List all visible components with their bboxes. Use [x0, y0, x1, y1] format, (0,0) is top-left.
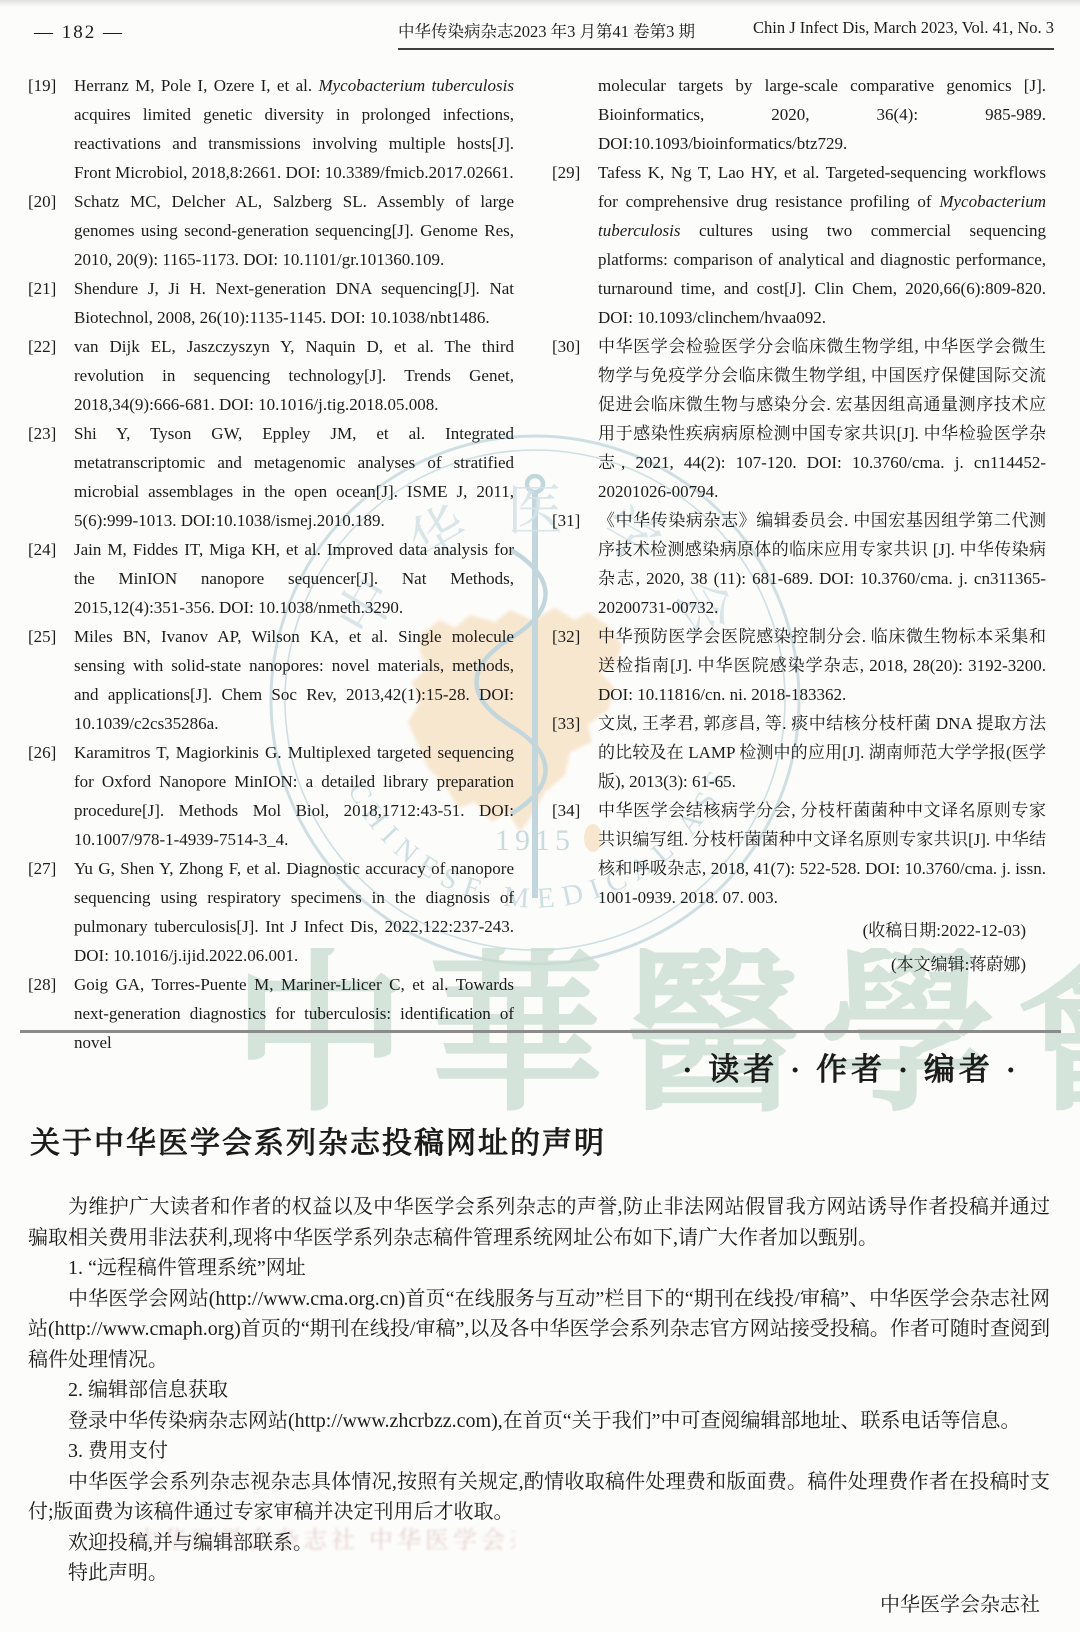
- reference-item: [26]Karamitros T, Magiorkinis G. Multipl…: [28, 738, 514, 854]
- reference-item: [23]Shi Y, Tyson GW, Eppley JM, et al. I…: [28, 419, 514, 535]
- reference-number: [29]: [552, 158, 580, 187]
- reference-number: [20]: [28, 187, 56, 216]
- reference-item: molecular targets by large-scale compara…: [552, 71, 1046, 158]
- reference-item: [22]van Dijk EL, Jaszczyszyn Y, Naquin D…: [28, 332, 514, 419]
- reference-text: Shendure J, Ji H. Next-generation DNA se…: [74, 279, 514, 327]
- announcement-paragraph: 3. 费用支付: [28, 1436, 1050, 1467]
- reference-text: van Dijk EL, Jaszczyszyn Y, Naquin D, et…: [74, 337, 514, 414]
- reference-text: 文岚, 王孝君, 郭彦昌, 等. 痰中结核分枝杆菌 DNA 提取方法的比较及在 …: [598, 714, 1046, 791]
- reference-item: [34]中华医学会结核病学分会, 分枝杆菌菌种中文译名原则专家共识编写组. 分枝…: [552, 796, 1046, 912]
- reference-text: molecular targets by large-scale compara…: [598, 76, 1046, 153]
- reference-text: 中华预防医学会医院感染控制分会. 临床微生物标本采集和送检指南[J]. 中华医院…: [598, 627, 1046, 704]
- section-divider-rule: [20, 1030, 1061, 1033]
- reference-number: [19]: [28, 71, 56, 100]
- reference-number: [31]: [552, 506, 580, 535]
- reference-item: [28]Goig GA, Torres-Puente M, Mariner-Ll…: [28, 970, 514, 1057]
- reference-number: [34]: [552, 796, 580, 825]
- reader-author-editor-header: · 读者 · 作者 · 编者 ·: [682, 1044, 1020, 1089]
- scan-edge-artifact: [0, 0, 1080, 7]
- reference-text: Yu G, Shen Y, Zhong F, et al. Diagnostic…: [74, 859, 514, 965]
- reference-item: [24]Jain M, Fiddes IT, Miga KH, et al. I…: [28, 535, 514, 622]
- announcement-paragraph: 2. 编辑部信息获取: [28, 1375, 1050, 1406]
- reference-item: [33]文岚, 王孝君, 郭彦昌, 等. 痰中结核分枝杆菌 DNA 提取方法的比…: [552, 709, 1046, 796]
- reference-number: [32]: [552, 622, 580, 651]
- reference-item: [30]中华医学会检验医学分会临床微生物学组, 中华医学会微生物学与免疫学分会临…: [552, 332, 1046, 506]
- announcement-paragraph: 中华医学会系列杂志视杂志具体情况,按照有关规定,酌情收取稿件处理费和版面费。稿件…: [28, 1467, 1050, 1528]
- announcement-paragraph: 欢迎投稿,并与编辑部联系。: [28, 1528, 1050, 1559]
- reference-text: Schatz MC, Delcher AL, Salzberg SL. Asse…: [74, 192, 514, 269]
- reference-text: Tafess K, Ng T, Lao HY, et al. Targeted-…: [598, 163, 1046, 327]
- journal-header: 中华传染病杂志2023 年3 月第41 卷第3 期 Chin J Infect …: [398, 18, 1054, 50]
- announcement-paragraph: 为维护广大读者和作者的权益以及中华医学会系列杂志的声誉,防止非法网站假冒我方网站…: [28, 1192, 1050, 1253]
- reference-text: Miles BN, Ivanov AP, Wilson KA, et al. S…: [74, 627, 514, 733]
- reference-text: Herranz M, Pole I, Ozere I, et al. Mycob…: [74, 76, 514, 182]
- reference-text: Shi Y, Tyson GW, Eppley JM, et al. Integ…: [74, 424, 514, 530]
- reference-text: Jain M, Fiddes IT, Miga KH, et al. Impro…: [74, 540, 514, 617]
- announcement-paragraph: 中华医学会网站(http://www.cma.org.cn)首页“在线服务与互动…: [28, 1284, 1050, 1376]
- reference-item: [21]Shendure J, Ji H. Next-generation DN…: [28, 274, 514, 332]
- announcement-paragraph: 特此声明。: [28, 1558, 1050, 1589]
- announcement-body: 为维护广大读者和作者的权益以及中华医学会系列杂志的声誉,防止非法网站假冒我方网站…: [28, 1192, 1050, 1589]
- reference-text: 《中华传染病杂志》编辑委员会. 中国宏基因组学第二代测序技术检测感染病原体的临床…: [598, 511, 1046, 617]
- reference-number: [24]: [28, 535, 56, 564]
- page-number: — 182 —: [34, 22, 124, 44]
- announcement-title: 关于中华医学会系列杂志投稿网址的声明: [30, 1118, 606, 1162]
- reference-number: [23]: [28, 419, 56, 448]
- reference-item: [19]Herranz M, Pole I, Ozere I, et al. M…: [28, 71, 514, 187]
- reference-number: [21]: [28, 274, 56, 303]
- announcement-paragraph: 登录中华传染病杂志网站(http://www.zhcrbzz.com),在首页“…: [28, 1406, 1050, 1437]
- reference-item: [29]Tafess K, Ng T, Lao HY, et al. Targe…: [552, 158, 1046, 332]
- reference-item: [20]Schatz MC, Delcher AL, Salzberg SL. …: [28, 187, 514, 274]
- reference-number: [30]: [552, 332, 580, 361]
- reference-number: [27]: [28, 854, 56, 883]
- reference-text: Goig GA, Torres-Puente M, Mariner-Llicer…: [74, 975, 514, 1052]
- reference-number: [22]: [28, 332, 56, 361]
- journal-title-en: Chin J Infect Dis, March 2023, Vol. 41, …: [753, 18, 1054, 42]
- reference-number: [25]: [28, 622, 56, 651]
- reference-number: [28]: [28, 970, 56, 999]
- reference-text: 中华医学会检验医学分会临床微生物学组, 中华医学会微生物学与免疫学分会临床微生物…: [598, 337, 1046, 501]
- editor-note-line: (本文编辑:蒋蔚娜): [552, 949, 1046, 980]
- reference-text: Karamitros T, Magiorkinis G. Multiplexed…: [74, 743, 514, 849]
- received-date-line: (收稿日期:2022-12-03): [552, 915, 1046, 946]
- announcement-signature: 中华医学会杂志社: [880, 1588, 1040, 1617]
- references-column-right: molecular targets by large-scale compara…: [552, 71, 1046, 980]
- reference-item: [32]中华预防医学会医院感染控制分会. 临床微生物标本采集和送检指南[J]. …: [552, 622, 1046, 709]
- announcement-paragraph: 1. “远程稿件管理系统”网址: [28, 1253, 1050, 1284]
- reference-text: 中华医学会结核病学分会, 分枝杆菌菌种中文译名原则专家共识编写组. 分枝杆菌菌种…: [598, 801, 1046, 907]
- reference-item: [27]Yu G, Shen Y, Zhong F, et al. Diagno…: [28, 854, 514, 970]
- reference-number: [33]: [552, 709, 580, 738]
- reference-item: [25]Miles BN, Ivanov AP, Wilson KA, et a…: [28, 622, 514, 738]
- reference-number: [26]: [28, 738, 56, 767]
- references-column-left: [19]Herranz M, Pole I, Ozere I, et al. M…: [28, 71, 514, 1057]
- reference-item: [31]《中华传染病杂志》编辑委员会. 中国宏基因组学第二代测序技术检测感染病原…: [552, 506, 1046, 622]
- journal-title-cn: 中华传染病杂志2023 年3 月第41 卷第3 期: [398, 18, 695, 42]
